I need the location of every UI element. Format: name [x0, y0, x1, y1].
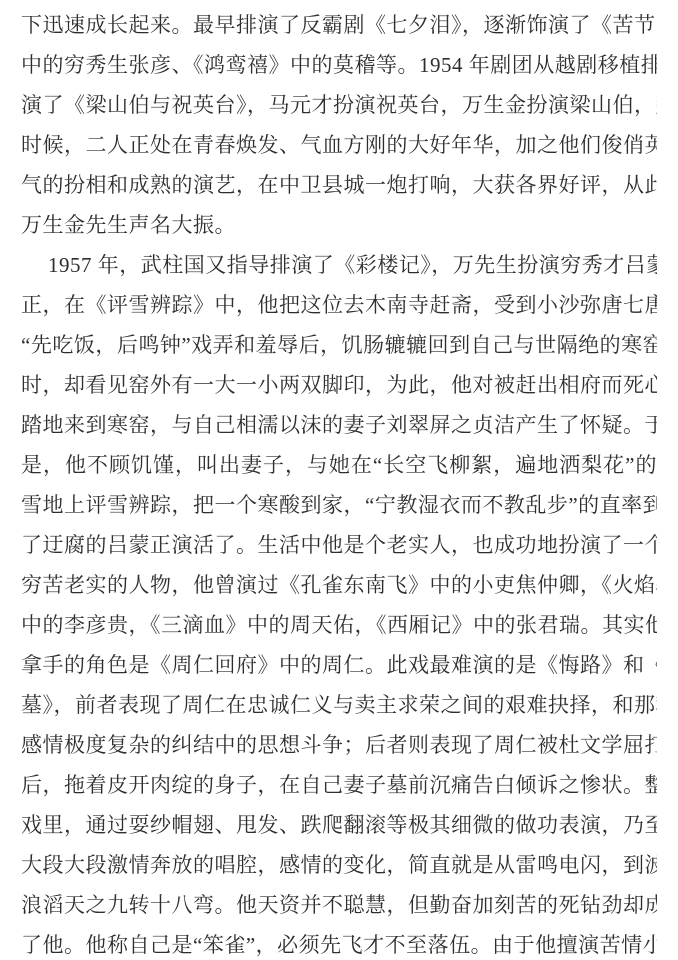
- text-line: 浪滔天之九转十八弯。他天资并不聪慧，但勤奋加刻苦的死钻劲却成就: [21, 885, 657, 925]
- text-line: 踏地来到寒窑，与自己相濡以沫的妻子刘翠屏之贞洁产生了怀疑。于: [21, 405, 657, 445]
- paragraph: 1957 年，武柱国又指导排演了《彩楼记》，万先生扮演穷秀才吕蒙正，在《评雪辨踪…: [21, 245, 657, 960]
- text-line: 拿手的角色是《周仁回府》中的周仁。此戏最难演的是《悔路》和《哭: [21, 645, 657, 685]
- page-body: 下迅速成长起来。最早排演了反霸剧《七夕泪》，逐渐饰演了《苦节图》中的穷秀生张彦、…: [21, 5, 657, 960]
- text-line: 墓》，前者表现了周仁在忠诚仁义与卖主求荣之间的艰难抉择，和那种: [21, 685, 657, 725]
- text-line: 中的穷秀生张彦、《鸿鸾禧》中的莫稽等。1954 年剧团从越剧移植排: [21, 45, 657, 85]
- text-line: 时，却看见窑外有一大一小两双脚印，为此，他对被赶出相府而死心: [21, 365, 657, 405]
- text-line: 了迂腐的吕蒙正演活了。生活中他是个老实人，也成功地扮演了一个个: [21, 525, 657, 565]
- document-page: 下迅速成长起来。最早排演了反霸剧《七夕泪》，逐渐饰演了《苦节图》中的穷秀生张彦、…: [0, 0, 678, 960]
- text-line: “先吃饭，后鸣钟”戏弄和羞辱后，饥肠辘辘回到自己与世隔绝的寒窑: [21, 325, 657, 365]
- text-line: 正，在《评雪辨踪》中，他把这位去木南寺赶斋，受到小沙弥唐七唐八: [21, 285, 657, 325]
- text-line: 大段大段激情奔放的唱腔，感情的变化，简直就是从雷鸣电闪，到波: [21, 845, 657, 885]
- text-line: 时候，二人正处在青春焕发、气血方刚的大好年华，加之他们俊俏英: [21, 125, 657, 165]
- text-line: 1957 年，武柱国又指导排演了《彩楼记》，万先生扮演穷秀才吕蒙: [21, 245, 657, 285]
- text-line: 下迅速成长起来。最早排演了反霸剧《七夕泪》，逐渐饰演了《苦节图》: [21, 5, 657, 45]
- text-line: 感情极度复杂的纠结中的思想斗争；后者则表现了周仁被杜文学屈打: [21, 725, 657, 765]
- text-line: 气的扮相和成熟的演艺，在中卫县城一炮打响，大获各界好评，从此，: [21, 165, 657, 205]
- text-line: 雪地上评雪辨踪，把一个寒酸到家，“宁教湿衣而不教乱步”的直率到: [21, 485, 657, 525]
- text-line: 戏里，通过耍纱帽翅、甩发、跌爬翻滚等极其细微的做功表演，乃至: [21, 805, 657, 845]
- text-line: 是，他不顾饥馑，叫出妻子，与她在“长空飞柳絮，遍地洒梨花”的: [21, 445, 657, 485]
- paragraph: 下迅速成长起来。最早排演了反霸剧《七夕泪》，逐渐饰演了《苦节图》中的穷秀生张彦、…: [21, 5, 657, 245]
- text-line: 了他。他称自己是“笨雀”，必须先飞才不至落伍。由于他擅演苦情小生，: [21, 925, 657, 960]
- text-line: 万生金先生声名大振。: [21, 205, 657, 245]
- text-line: 中的李彦贵，《三滴血》中的周天佑，《西厢记》中的张君瑞。其实他最: [21, 605, 657, 645]
- text-line: 演了《梁山伯与祝英台》，马元才扮演祝英台，万生金扮演梁山伯，那: [21, 85, 657, 125]
- text-line: 穷苦老实的人物，他曾演过《孔雀东南飞》中的小吏焦仲卿，《火焰驹》: [21, 565, 657, 605]
- text-line: 后，拖着皮开肉绽的身子，在自己妻子墓前沉痛告白倾诉之惨状。整个: [21, 765, 657, 805]
